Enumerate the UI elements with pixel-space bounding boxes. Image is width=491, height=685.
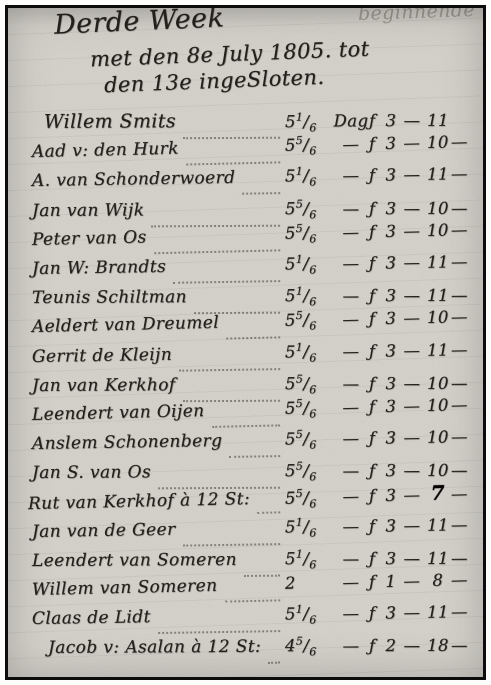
amount-guilders: 3 [383, 603, 399, 622]
unit-or-dash: — [333, 487, 369, 507]
guilder-stuiver-dash: — [399, 461, 425, 480]
unit-or-dash: — [333, 222, 369, 242]
worker-name: Aad v: den Hurk [32, 138, 179, 161]
amount-stuivers: 11 [425, 164, 451, 183]
amount-guilders: 3 [383, 308, 399, 327]
florin-symbol: ƒ [369, 286, 383, 305]
worker-name: A. van Schonderwoerd [32, 168, 236, 191]
row-values: 51/6 — ƒ 3 — 11 — [285, 600, 475, 627]
days-worked: 51/6 [285, 602, 333, 627]
trailing-dash: — [451, 636, 468, 655]
worker-name: Anslem Schonenberg [32, 431, 223, 454]
trailing-dash: — [451, 132, 468, 151]
amount-guilders: 3 [383, 461, 399, 480]
guilder-stuiver-dash: — [399, 252, 425, 271]
days-worked: 45/6 [285, 635, 333, 659]
days-worked: 51/6 [285, 165, 333, 190]
florin-symbol: ƒ [369, 198, 383, 217]
florin-symbol: ƒ [369, 253, 383, 272]
header-week-title: Derde Week [53, 5, 224, 41]
guilder-stuiver-dash: — [399, 220, 425, 240]
amount-guilders: 3 [383, 111, 399, 130]
guilder-stuiver-dash: — [399, 427, 425, 446]
guilder-stuiver-dash: — [399, 340, 425, 359]
florin-symbol: ƒ [369, 572, 383, 591]
amount-guilders: 3 [383, 133, 399, 152]
days-worked: 55/6 [285, 197, 333, 221]
unit-or-dash: — [333, 286, 369, 305]
amount-guilders: 3 [383, 548, 399, 567]
ledger-row: Anslem Schonenberg 55/6 — ƒ 3 — 10 — [32, 425, 475, 461]
guilder-stuiver-dash: — [399, 571, 425, 591]
amount-stuivers: 18 [425, 636, 451, 655]
amount-guilders: 3 [383, 198, 399, 217]
amount-stuivers: 8 [425, 570, 451, 590]
header-date-range-end: den 13e ingeSloten. [104, 65, 325, 97]
florin-symbol: ƒ [369, 636, 383, 655]
row-values: 55/6 — ƒ 3 — 10 — [285, 371, 475, 396]
wage-list: Willem Smits 51/6 Dag ƒ 3 — 11 Aad v: de… [32, 111, 475, 666]
amount-guilders: 3 [383, 286, 399, 305]
dotted-leader [186, 154, 280, 166]
unit-or-dash: — [333, 549, 369, 568]
trailing-dash: — [451, 548, 468, 567]
florin-symbol: ƒ [369, 165, 383, 184]
row-values: 51/6 — ƒ 3 — 11 — [285, 162, 475, 189]
trailing-dash: — [451, 164, 468, 183]
florin-symbol: ƒ [369, 309, 383, 328]
florin-symbol: ƒ [369, 111, 383, 130]
dotted-leader [226, 329, 280, 340]
days-worked: 51/6 [285, 110, 333, 134]
dotted-leader [173, 272, 280, 284]
amount-stuivers: 10 [425, 132, 451, 152]
guilder-stuiver-dash: — [399, 165, 425, 184]
unit-or-dash: — [333, 341, 369, 361]
header-faded-word: beginnende [358, 5, 476, 25]
guilder-stuiver-dash: — [399, 515, 425, 534]
amount-stuivers: 10 [425, 461, 451, 480]
florin-symbol: ƒ [369, 221, 383, 240]
unit-or-dash: — [333, 253, 369, 273]
guilder-stuiver-dash: — [399, 198, 425, 217]
florin-symbol: ƒ [369, 134, 383, 153]
row-values: 51/6 — ƒ 3 — 11 — [285, 250, 475, 277]
florin-symbol: ƒ [369, 373, 383, 392]
guilder-stuiver-dash: — [399, 111, 425, 130]
dotted-leader [229, 447, 280, 458]
guilder-stuiver-dash: — [399, 603, 425, 622]
dotted-leader [225, 592, 281, 603]
unit-or-dash: — [333, 373, 369, 392]
days-worked: 55/6 [285, 427, 333, 452]
dotted-leader [257, 504, 280, 515]
dotted-leader [212, 416, 281, 428]
amount-guilders: 3 [383, 373, 399, 392]
worker-name: Jan van de Geer [32, 519, 176, 541]
amount-guilders: 3 [383, 515, 399, 534]
amount-stuivers: 10 [425, 395, 451, 415]
trailing-dash: — [451, 339, 468, 358]
row-values: 55/6 — ƒ 3 — 7 — [285, 480, 476, 511]
trailing-dash: — [451, 307, 468, 326]
florin-symbol: ƒ [369, 428, 383, 447]
trailing-dash: — [451, 198, 468, 217]
unit-or-dash: — [333, 636, 369, 655]
dotted-leader [242, 185, 280, 196]
worker-name: Leendert van Oijen [32, 400, 205, 424]
row-values: 55/6 — ƒ 3 — 10 — [285, 130, 475, 158]
guilder-stuiver-dash: — [399, 395, 425, 415]
days-worked: 51/6 [285, 515, 333, 540]
trailing-dash: — [451, 460, 468, 479]
trailing-dash: — [451, 514, 468, 533]
amount-guilders: 3 [383, 253, 399, 272]
ledger-row: A. van Schonderwoerd 51/6 — ƒ 3 — 11 — [32, 162, 475, 198]
florin-symbol: ƒ [369, 516, 383, 535]
amount-stuivers: 10 [425, 427, 451, 446]
worker-name: Jan van Wijk [32, 199, 144, 220]
days-worked: 55/6 [285, 221, 334, 246]
florin-symbol: ƒ [369, 603, 383, 622]
row-values: 55/6 — ƒ 3 — 10 — [285, 425, 475, 452]
worker-name: Rut van Kerkhof à 12 St: [28, 489, 250, 514]
row-values: 2 — ƒ 1 — 8 — [285, 568, 475, 596]
unit-or-dash: — [333, 461, 369, 480]
amount-stuivers: 11 [425, 111, 451, 130]
ledger-row: Jan van de Geer 51/6 — ƒ 3 — 11 — [32, 513, 475, 549]
florin-symbol: ƒ [369, 486, 383, 505]
guilder-stuiver-dash: — [399, 486, 425, 506]
trailing-dash: — [451, 427, 468, 446]
ledger-row: Jan W: Brandts 51/6 — ƒ 3 — 11 — [32, 250, 475, 286]
ledger-row: Claas de Lidt 51/6 — ƒ 3 — 11 — [32, 600, 475, 636]
ledger-row: Gerrit de Kleijn 51/6 — ƒ 3 — 11 — [32, 338, 475, 374]
unit-or-dash: Dag [333, 111, 369, 130]
dotted-leader [183, 535, 281, 547]
worker-name: Teunis Schiltman [32, 287, 187, 308]
days-worked: 51/6 [285, 340, 333, 365]
worker-name: Jan van Kerkhof [32, 374, 176, 395]
amount-guilders: 3 [383, 221, 399, 240]
trailing-dash: — [451, 602, 468, 621]
unit-or-dash: — [333, 572, 369, 592]
worker-name: Claas de Lidt [32, 607, 151, 629]
row-values: 55/6 — ƒ 3 — 10 — [285, 218, 475, 246]
guilder-stuiver-dash: — [399, 548, 425, 567]
days-worked: 51/6 [285, 285, 333, 309]
row-values: 51/6 — ƒ 3 — 11 — [285, 513, 475, 540]
trailing-dash: — [451, 373, 468, 392]
amount-guilders: 3 [383, 340, 399, 359]
worker-name: Willem Smits [44, 110, 176, 133]
row-values: 51/6 — ƒ 3 — 11 — [285, 546, 475, 571]
row-values: 55/6 — ƒ 3 — 10 — [285, 196, 475, 221]
unit-or-dash: — [333, 309, 369, 329]
row-values: 51/6 — ƒ 3 — 11 — [285, 338, 475, 365]
trailing-dash: — [451, 219, 468, 238]
amount-stuivers: 11 [425, 285, 451, 304]
amount-guilders: 3 [383, 486, 399, 505]
ledger-row: Jacob v: Asalan à 12 St: 45/6 — ƒ 2 — 18… [32, 634, 475, 666]
days-worked: 55/6 [285, 308, 334, 333]
days-worked: 55/6 [285, 133, 334, 158]
florin-symbol: ƒ [369, 548, 383, 567]
trailing-dash: — [451, 570, 468, 589]
amount-stuivers: 11 [425, 252, 451, 271]
guilder-stuiver-dash: — [399, 286, 425, 305]
amount-stuivers: 11 [425, 339, 451, 358]
unit-or-dash: — [333, 198, 369, 217]
days-worked: 55/6 [285, 460, 333, 484]
worker-name: Jan W: Brandts [32, 256, 166, 278]
amount-guilders: 2 [383, 636, 399, 655]
unit-or-dash: — [333, 134, 369, 154]
manuscript-scan-page: Derde Week beginnende met den 8e July 18… [0, 0, 491, 685]
amount-guilders: 3 [383, 428, 399, 447]
florin-symbol: ƒ [369, 396, 383, 415]
unit-or-dash: — [333, 166, 369, 186]
unit-or-dash: — [333, 603, 369, 623]
amount-stuivers: 11 [425, 515, 451, 534]
unit-or-dash: — [333, 516, 369, 536]
guilder-stuiver-dash: — [399, 133, 425, 153]
worker-name: Willem van Someren [32, 575, 218, 599]
guilder-stuiver-dash: — [399, 308, 425, 328]
trailing-dash: — [451, 394, 468, 413]
days-worked: 2 [285, 571, 334, 596]
amount-stuivers: 10 [425, 373, 451, 392]
days-worked: 51/6 [285, 547, 333, 571]
trailing-dash: — [451, 285, 468, 304]
trailing-dash: — [451, 252, 468, 271]
days-worked: 55/6 [285, 486, 334, 511]
florin-symbol: ƒ [369, 461, 383, 480]
unit-or-dash: — [333, 397, 369, 417]
worker-name: Jan S. van Os [32, 462, 151, 483]
amount-stuivers: 7 [425, 481, 452, 506]
days-worked: 51/6 [285, 252, 333, 277]
dotted-leader [158, 622, 280, 634]
florin-symbol: ƒ [369, 340, 383, 359]
dotted-leader [179, 360, 280, 372]
amount-stuivers: 11 [425, 548, 451, 567]
guilder-stuiver-dash: — [399, 636, 425, 655]
row-values: 45/6 — ƒ 2 — 18 — [285, 634, 475, 659]
row-values: 55/6 — ƒ 3 — 10 — [285, 393, 475, 421]
days-worked: 55/6 [285, 396, 334, 421]
worker-name: Peter van Os [32, 227, 147, 250]
amount-guilders: 3 [383, 165, 399, 184]
worker-name: Gerrit de Kleijn [32, 344, 172, 366]
row-values: 55/6 — ƒ 3 — 10 — [285, 305, 475, 333]
days-worked: 55/6 [285, 372, 333, 396]
amount-guilders: 3 [383, 396, 399, 415]
amount-stuivers: 11 [425, 602, 451, 621]
guilder-stuiver-dash: — [399, 373, 425, 392]
dotted-leader [268, 654, 280, 664]
dotted-leader [154, 241, 280, 254]
unit-or-dash: — [333, 428, 369, 448]
worker-name: Aeldert van Dreumel [32, 313, 220, 337]
worker-name: Jacob v: Asalan à 12 St: [48, 637, 261, 658]
trailing-dash: — [451, 485, 468, 504]
amount-stuivers: 10 [425, 307, 451, 327]
amount-stuivers: 10 [425, 198, 451, 217]
header-date-range-start: met den 8e July 1805. tot [90, 37, 370, 72]
amount-guilders: 1 [383, 571, 399, 590]
photo-frame: Derde Week beginnende met den 8e July 18… [5, 5, 486, 680]
amount-stuivers: 10 [425, 220, 451, 240]
worker-name: Leendert van Someren [32, 549, 237, 570]
